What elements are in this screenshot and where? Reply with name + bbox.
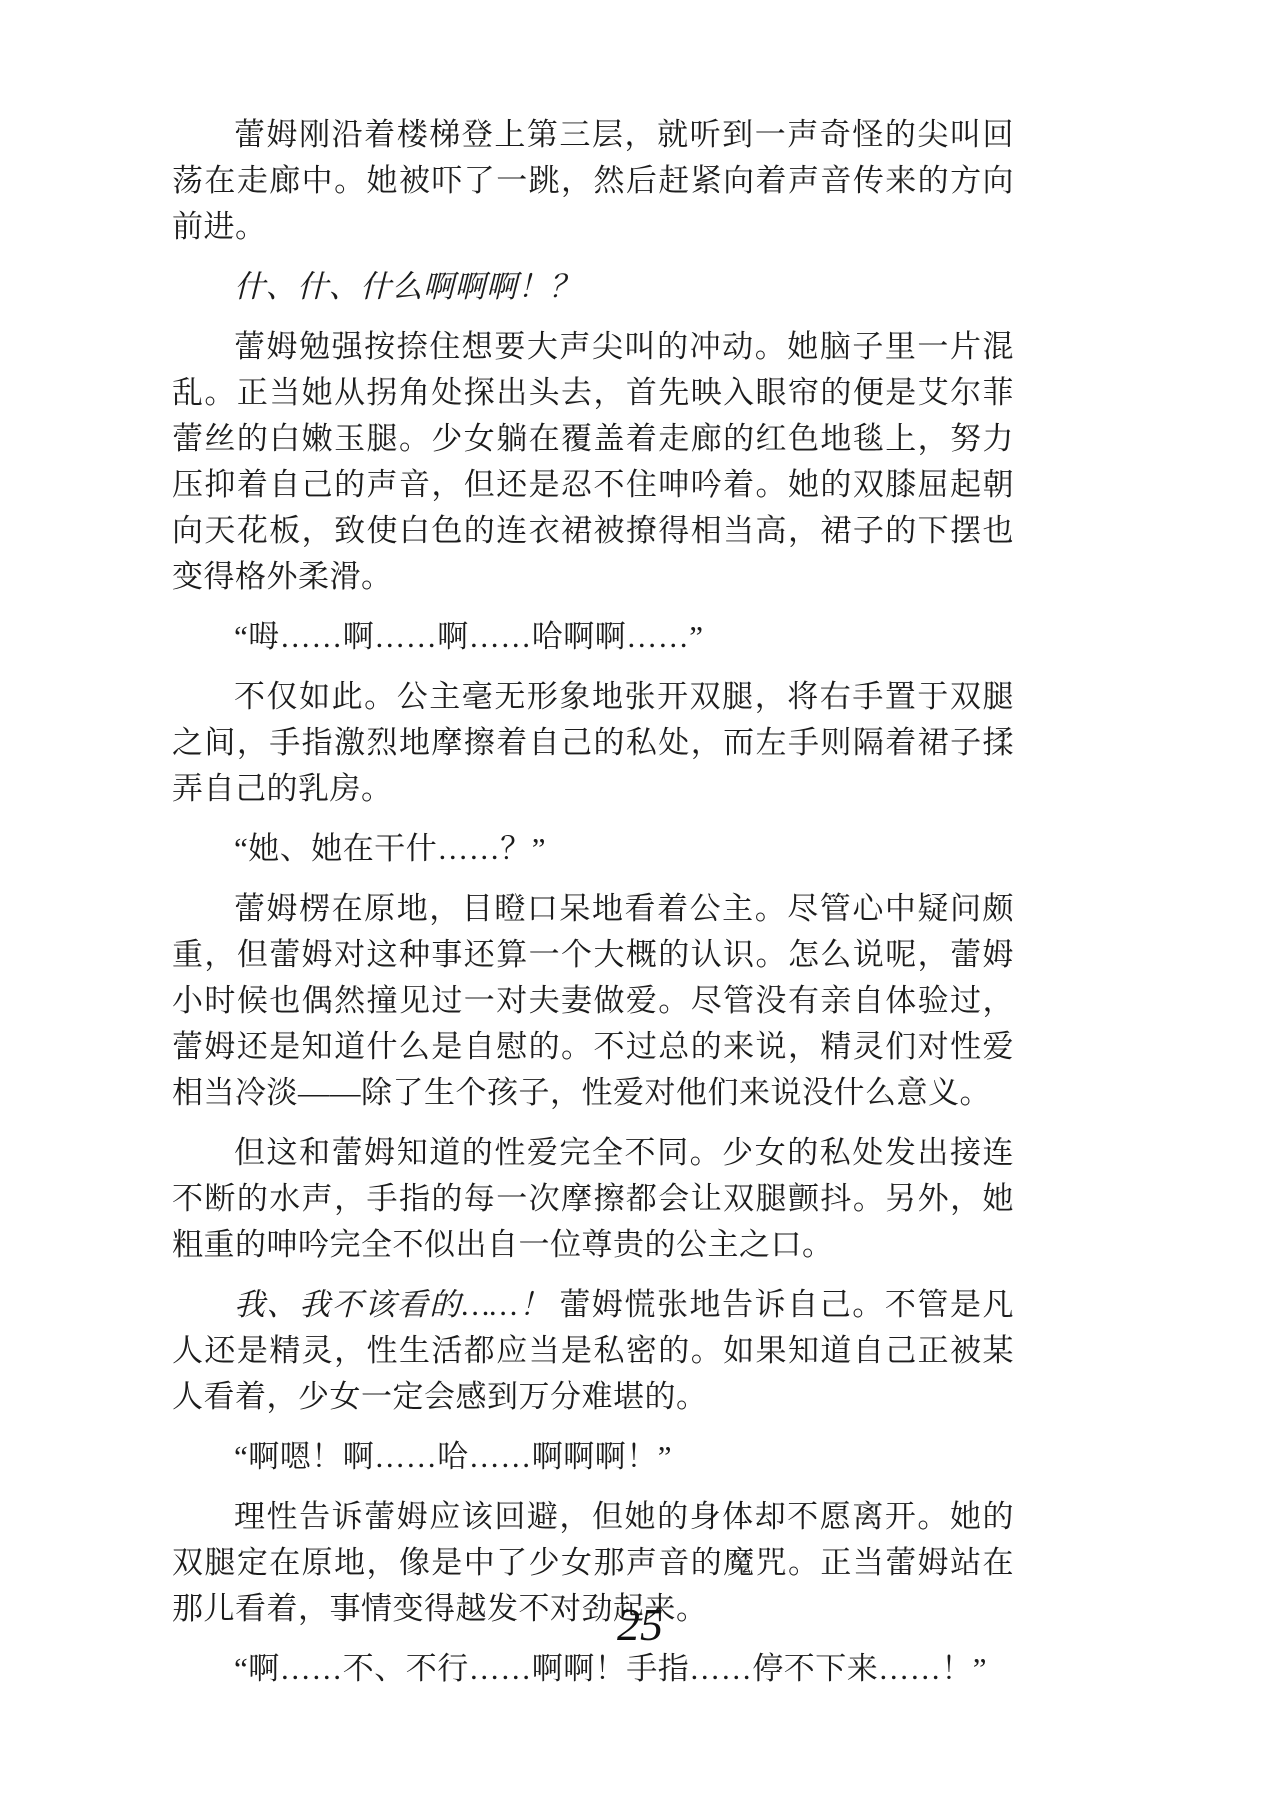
paragraph-inner-thought: 什、什、什么啊啊啊！？: [172, 264, 1014, 310]
paragraph-narration: 但这和蕾姆知道的性爱完全不同。少女的私处发出接连不断的水声，手指的每一次摩擦都会…: [172, 1130, 1014, 1268]
page-number: 25: [0, 1598, 1280, 1651]
inner-thought-fragment: 我、我不该看的……！: [234, 1287, 552, 1322]
novel-text-block: 蕾姆刚沿着楼梯登上第三层，就听到一声奇怪的尖叫回荡在走廊中。她被吓了一跳，然后赶…: [172, 0, 1014, 1706]
paragraph-narration: 蕾姆勉强按捺住想要大声尖叫的冲动。她脑子里一片混乱。正当她从拐角处探出头去，首先…: [172, 324, 1014, 600]
paragraph-mixed-thought-narration: 我、我不该看的……！蕾姆慌张地告诉自己。不管是凡人还是精灵，性生活都应当是私密的…: [172, 1282, 1014, 1420]
paragraph-narration: 蕾姆刚沿着楼梯登上第三层，就听到一声奇怪的尖叫回荡在走廊中。她被吓了一跳，然后赶…: [172, 112, 1014, 250]
paragraph-dialogue: “她、她在干什……？”: [172, 826, 1014, 872]
paragraph-dialogue: “啊嗯！啊……哈……啊啊啊！”: [172, 1434, 1014, 1480]
paragraph-narration: 蕾姆楞在原地，目瞪口呆地看着公主。尽管心中疑问颇重，但蕾姆对这种事还算一个大概的…: [172, 886, 1014, 1116]
paragraph-dialogue: “啊……不、不行……啊啊！手指……停不下来……！”: [172, 1646, 1014, 1692]
paragraph-dialogue: “呣……啊……啊……哈啊啊……”: [172, 614, 1014, 660]
paragraph-narration: 不仅如此。公主毫无形象地张开双腿，将右手置于双腿之间，手指激烈地摩擦着自己的私处…: [172, 674, 1014, 812]
page: 蕾姆刚沿着楼梯登上第三层，就听到一声奇怪的尖叫回荡在走廊中。她被吓了一跳，然后赶…: [0, 0, 1280, 1816]
